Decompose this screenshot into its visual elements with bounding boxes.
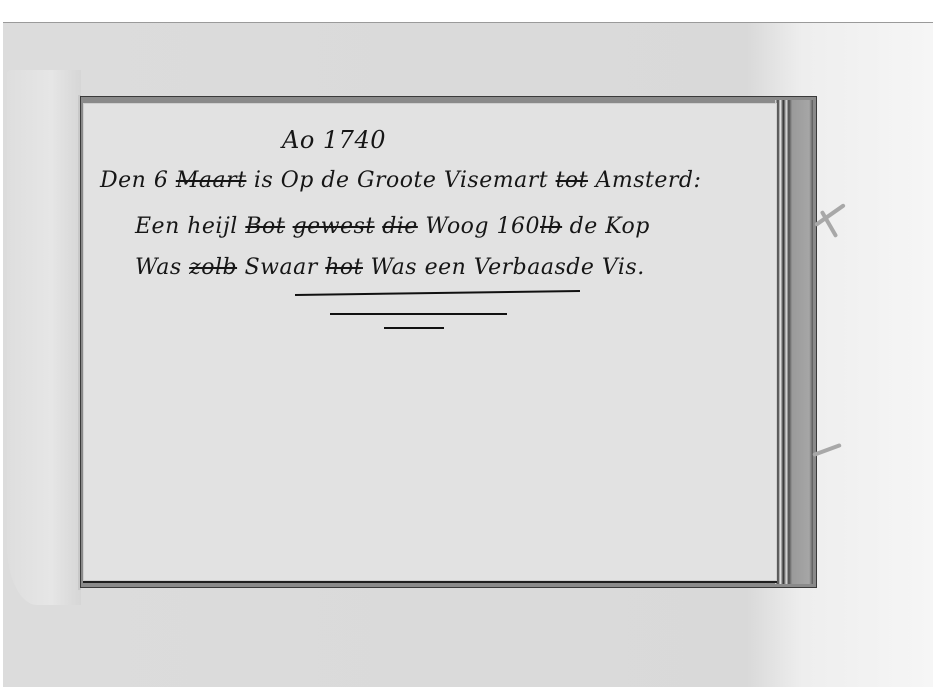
handwritten-line-1: Den 6 Maart is Op de Groote Visemart tot… <box>100 168 701 193</box>
handwritten-line-2: Een heijl Bot gewest die Woog 160lb de K… <box>135 214 650 239</box>
text-segment: Was <box>135 255 189 280</box>
struck-word: Bot <box>245 214 285 239</box>
text-segment: is Op de Groote Visemart <box>246 168 555 193</box>
struck-word: zolb <box>189 255 237 280</box>
year-heading: Ao 1740 <box>282 126 386 154</box>
text-segment: Een heijl <box>135 214 245 239</box>
text-segment: Woog 160 <box>418 214 540 239</box>
facing-page <box>7 70 81 605</box>
text-segment: Amsterd: <box>588 168 701 193</box>
struck-word: hot <box>325 255 363 280</box>
closing-rule-short <box>384 327 444 329</box>
page-edges <box>775 100 813 584</box>
struck-word: die <box>382 214 418 239</box>
closing-rule-medium <box>330 313 507 315</box>
text-segment <box>285 214 293 239</box>
text-segment: de Kop <box>562 214 650 239</box>
struck-word: lb <box>540 214 562 239</box>
text-segment: Swaar <box>237 255 325 280</box>
handwritten-line-3: Was zolb Swaar hot Was een Verbaasde Vis… <box>135 255 645 280</box>
struck-word: gewest <box>293 214 375 239</box>
struck-word: tot <box>556 168 588 193</box>
struck-word: Maart <box>176 168 247 193</box>
text-segment: Den 6 <box>100 168 176 193</box>
text-segment: Was een Verbaasde Vis. <box>363 255 645 280</box>
